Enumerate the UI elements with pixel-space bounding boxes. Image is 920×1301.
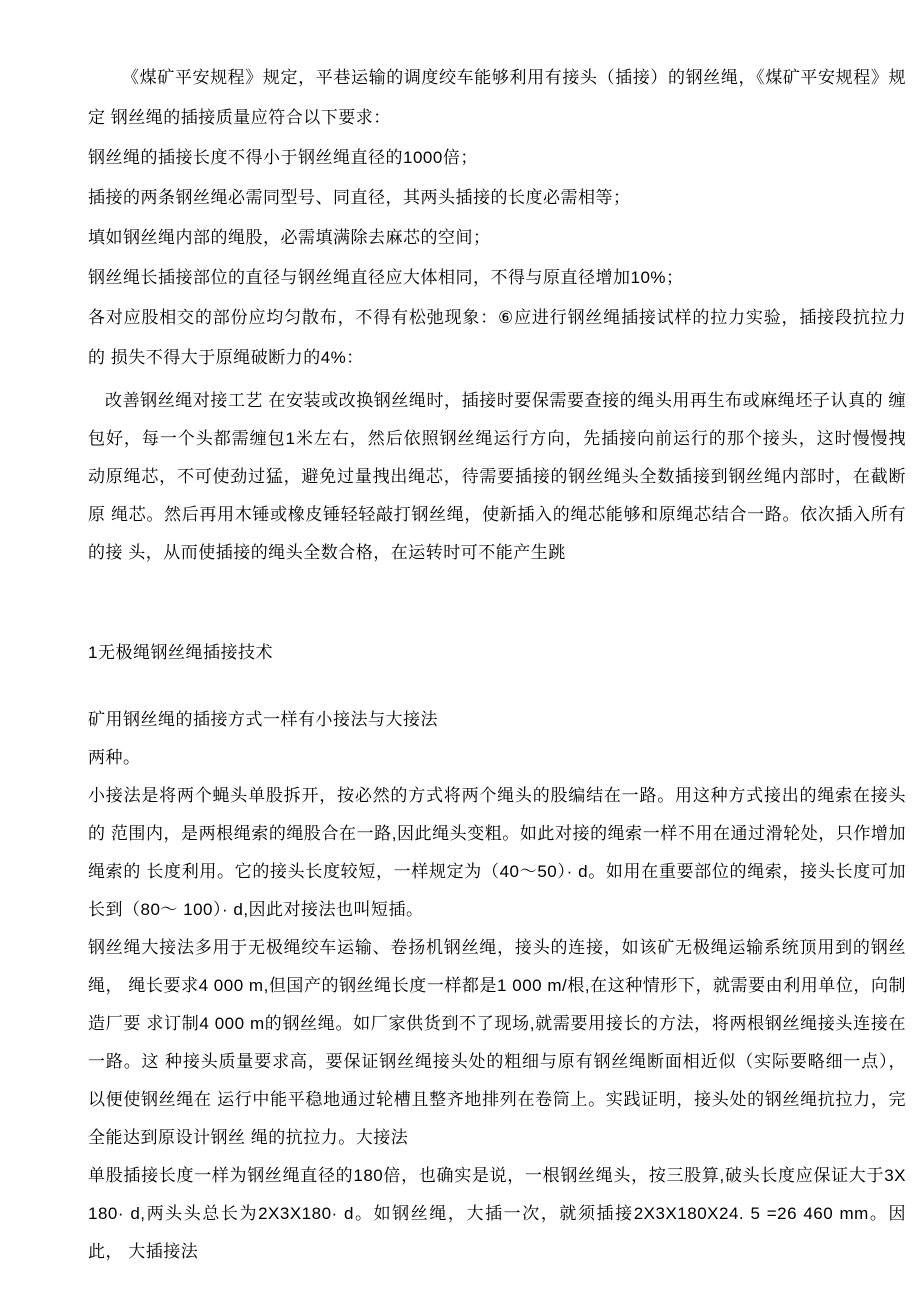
rule-item-same-type: 插接的两条钢丝绳必需同型号、同直径，其两头插接的长度必需相等； xyxy=(88,178,906,218)
body-paragraph-large-splice: 钢丝绳大接法多用于无极绳绞车运输、卷扬机钢丝绳，接头的连接，如该矿无极绳运输系统… xyxy=(88,929,906,1157)
rule-item-strand-distribution: 各对应股相交的部份应均匀散布，不得有松弛现象：⑥应进行钢丝绳插接试样的拉力实验，… xyxy=(88,298,906,378)
rule-item-fill-strands: 填如钢丝绳内部的绳股，必需填满除去麻芯的空间； xyxy=(88,218,906,258)
body-paragraph-two-kinds: 两种。 xyxy=(88,739,906,777)
body-paragraph-splice-methods: 矿用钢丝绳的插接方式一样有小接法与大接法 xyxy=(88,701,906,739)
intro-paragraph: 《煤矿平安规程》规定，平巷运输的调度绞车能够利用有接头（插接）的钢丝绳，《煤矿平… xyxy=(88,58,906,138)
section-heading: 1无极绳钢丝绳插接技术 xyxy=(88,634,906,672)
document-page: 《煤矿平安规程》规定，平巷运输的调度绞车能够利用有接头（插接）的钢丝绳，《煤矿平… xyxy=(0,0,920,1301)
body-paragraph-small-splice: 小接法是将两个蝇头单股拆开，按必然的方式将两个绳头的股编结在一路。用这种方式接出… xyxy=(88,777,906,929)
splicing-process-paragraph: 改善钢丝绳对接工艺 在安装或改换钢丝绳时，插接时要保需要查接的绳头用再生布或麻绳… xyxy=(88,382,906,572)
document-content: 《煤矿平安规程》规定，平巷运输的调度绞车能够利用有接头（插接）的钢丝绳，《煤矿平… xyxy=(0,0,920,1271)
rule-item-diameter: 钢丝绳长插接部位的直径与钢丝绳直径应大体相同，不得与原直径增加10%； xyxy=(88,258,906,298)
body-paragraph-strand-length: 单股插接长度一样为钢丝绳直径的180倍，也确实是说，一根钢丝绳头，按三股算,破头… xyxy=(88,1157,906,1271)
rule-item-splice-length: 钢丝绳的插接长度不得小于钢丝绳直径的1000倍； xyxy=(88,138,906,178)
